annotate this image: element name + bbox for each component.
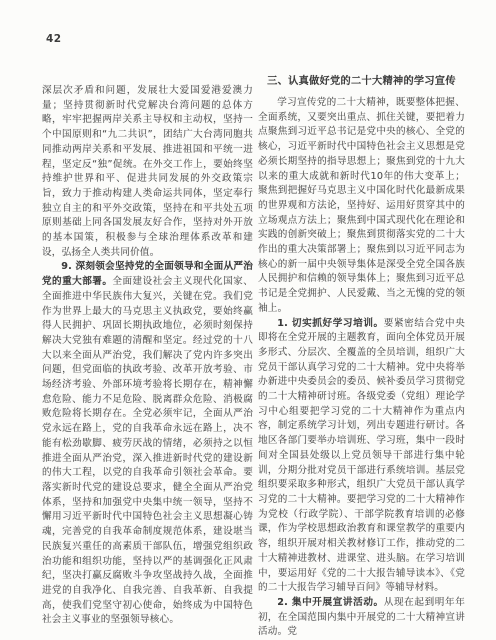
item-1-title: 1. 切实抓好学习培训。 xyxy=(277,318,384,329)
right-column: 三、认真做好党的二十大精神的学习宣传 学习宣传党的二十大精神，既要整体把握、全面… xyxy=(258,74,465,640)
paragraph-text: 深层次矛盾和问题，发展壮大爱国爱港爱澳力量；坚持贯彻新时代党解决台湾问题的总体方… xyxy=(42,85,253,258)
page-number: 42 xyxy=(46,33,62,45)
paragraph-item-1: 1. 切实抓好学习培训。要紧密结合党中央即将在全党开展的主题教育，面向全体党员开… xyxy=(258,317,465,596)
paragraph-text: 要紧密结合党中央即将在全党开展的主题教育，面向全体党员开展多形式、分层次、全覆盖… xyxy=(258,318,465,594)
paragraph-continuation: 深层次矛盾和问题，发展壮大爱国爱港爱澳力量；坚持贯彻新时代党解决台湾问题的总体方… xyxy=(42,84,253,260)
section-3-heading: 三、认真做好党的二十大精神的学习宣传 xyxy=(258,74,465,89)
paragraph-text: 全面建设社会主义现代化国家、全面推进中华民族伟大复兴，关键在党。我们党作为世界上… xyxy=(42,276,253,625)
left-column: 深层次矛盾和问题，发展壮大爱国爱港爱澳力量；坚持贯彻新时代党解决台湾问题的总体方… xyxy=(42,84,253,628)
paragraph-section-9: 9. 深刻领会坚持党的全面领导和全面从严治党的重大部署。全面建设社会主义现代化国… xyxy=(42,260,253,628)
paragraph-text: 学习宣传党的二十大精神，既要整体把握、全面系统，又要突出重点、抓住关键，要把着力… xyxy=(258,97,465,314)
paragraph-intro: 学习宣传党的二十大精神，既要整体把握、全面系统，又要突出重点、抓住关键，要把着力… xyxy=(258,96,465,317)
item-2-title: 2. 集中开展宣讲活动。 xyxy=(277,597,384,608)
paragraph-item-2: 2. 集中开展宣讲活动。从现在起到明年年初，在全国范围内集中开展党的二十大精神宣… xyxy=(258,596,465,640)
